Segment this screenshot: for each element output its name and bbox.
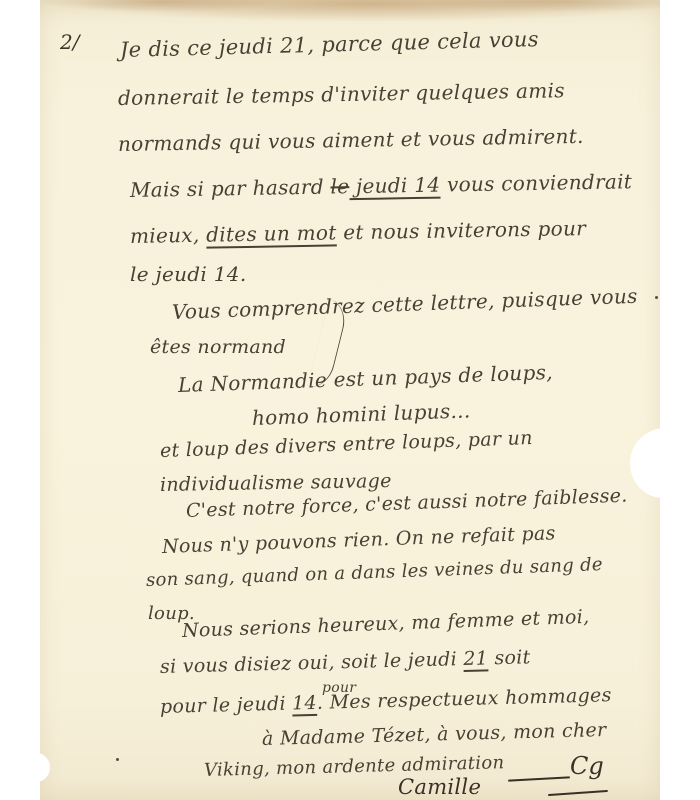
scanned-letter-canvas: 2/ Je dis ce jeudi 21, parce que cela vo… [0, 0, 700, 800]
underlined-text: dites un mot [206, 220, 337, 246]
line-text: êtes normand [150, 336, 286, 358]
underlined-date: 14 [292, 692, 317, 715]
line-text-strong: hasard [252, 175, 330, 200]
letter-line-6: le jeudi 14. [130, 262, 246, 286]
page-number: 2/ [60, 30, 79, 54]
line-text: le jeudi 14. [130, 262, 246, 286]
line-text: vous conviendrait [440, 169, 632, 196]
signature: Camille [398, 775, 481, 799]
signature-text: Camille [398, 775, 481, 799]
paper-tear-left [20, 752, 50, 782]
line-text: individualisme sauvage [160, 470, 392, 496]
line-text: Mais si par [130, 176, 253, 202]
letter-line-8: êtes normand [150, 336, 286, 358]
letter-line-12: individualisme sauvage [160, 470, 392, 496]
underlined-text: jeudi [349, 173, 414, 198]
line-text: et nous inviterons pour [336, 216, 586, 244]
paper-tear-right [630, 428, 690, 498]
struck-text: le [330, 174, 349, 198]
underlined-date: 14 [414, 173, 440, 197]
line-text: le jeudi [383, 648, 463, 672]
ink-dot [655, 296, 658, 299]
line-text: pour le jeudi [160, 693, 293, 718]
underlined-date: 21 [463, 647, 488, 670]
signature-initials: Cg [570, 752, 604, 780]
line-text: mieux, [130, 223, 207, 248]
ink-dot [116, 758, 119, 761]
line-text: soit [488, 646, 531, 669]
